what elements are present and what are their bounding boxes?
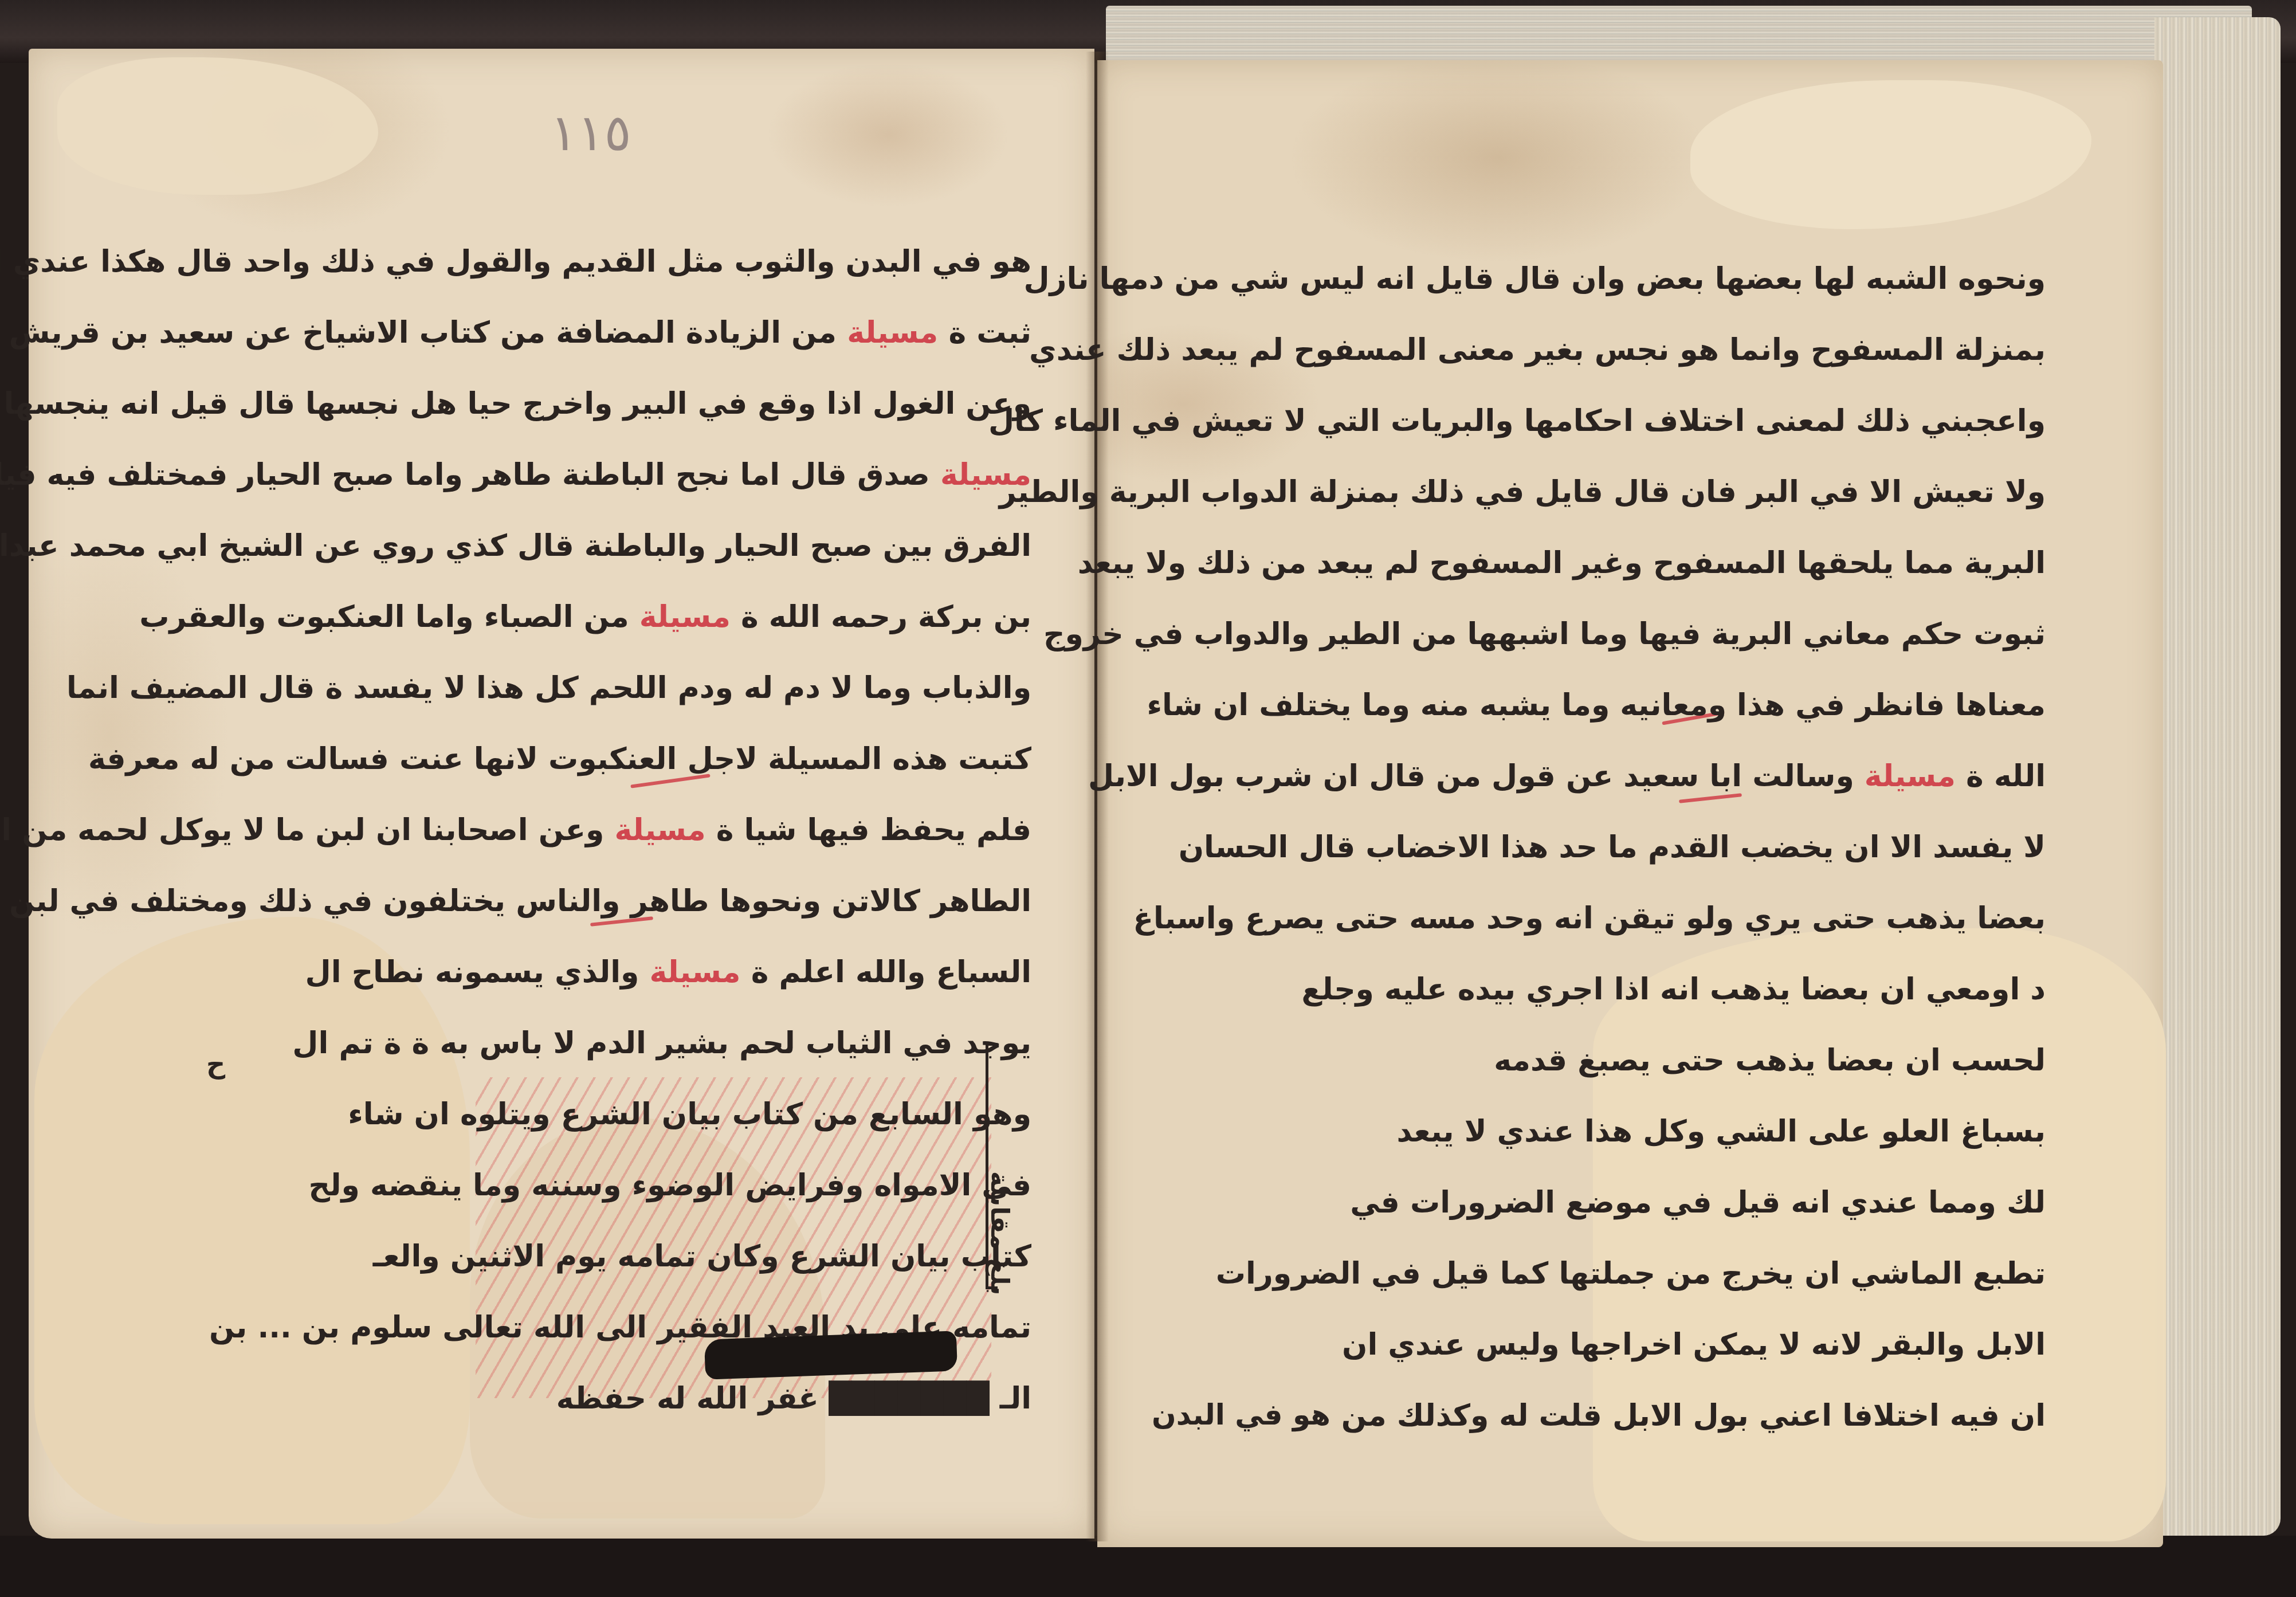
text-line: هو في البدن والثوب مثل القديم والقول في …	[229, 226, 1031, 297]
colophon-line: كتاب بيان الشرع وكان تمامه يوم الاثنين و…	[229, 1221, 1031, 1292]
rubric-heading: مسيلة	[847, 316, 938, 350]
text-line: ونحوه الشبه لها بعضها بعض وان قال قايل ا…	[1169, 244, 2046, 315]
text-line: د اومعي ان بعضا يذهب انه اذا اجري بيده ع…	[1169, 954, 2046, 1025]
text-line: الله ة مسيلة وسالت ابا سعيد عن قول من قا…	[1169, 741, 2046, 812]
rubric-heading: مسيلة	[639, 600, 731, 634]
text-line: الطاهر كالاتن ونحوها طاهر والناس يختلفون…	[229, 866, 1031, 937]
text-line: الفرق بين صبح الحيار والباطنة قال كذي رو…	[229, 511, 1031, 582]
text-line: لا يفسد الا ان يخضب القدم ما حد هذا الاخ…	[1169, 812, 2046, 883]
text-line: معناها فانظر في هذا ومعانيه وما يشبه منه…	[1169, 670, 2046, 741]
colophon-line: في الامواه وفرايض الوضوء وسننه وما ينقضه…	[229, 1150, 1031, 1221]
rubric-heading: مسيلة	[614, 813, 705, 847]
text-line: بعضا يذهب حتى يري ولو تيقن انه وحد مسه ح…	[1169, 883, 2046, 954]
catchword: هو في البدن	[1152, 1398, 1330, 1431]
colophon-line: وهو السابع من كتاب بيان الشرع ويتلوه ان …	[229, 1079, 1031, 1150]
text-line: فلم يحفظ فيها شيا ة مسيلة وعن اصحابنا ان…	[229, 795, 1031, 866]
text-line: ولا تعيش الا في البر فان قال قايل في ذلك…	[1169, 457, 2046, 528]
text-line: بن بركة رحمه الله ة مسيلة من الصباء واما…	[229, 582, 1031, 653]
margin-note: ح	[206, 1049, 225, 1080]
right-page-text: ونحوه الشبه لها بعضها بعض وان قال قايل ا…	[1169, 244, 2046, 1451]
text-line: بمنزلة المسفوح وانما هو نجس بغير معنى ال…	[1169, 315, 2046, 386]
rubric-heading: مسيلة	[1865, 759, 1956, 794]
text-line: بسباغ العلو على الشي وكل هذا عندي لا يبع…	[1169, 1096, 2046, 1167]
text-line: الابل والبقر لانه لا يمكن اخراجها وليس ع…	[1169, 1309, 2046, 1380]
text-line: وعن الغول اذا وقع في البير واخرج حيا هل …	[229, 368, 1031, 440]
text-line: يوجد في الثياب لحم بشير الدم لا باس به ة…	[229, 1008, 1031, 1079]
text-line: السباع والله اعلم ة مسيلة والذي يسمونه ن…	[229, 937, 1031, 1008]
text-line: والذباب وما لا دم له ودم اللحم كل هذا لا…	[229, 653, 1031, 724]
text-line: ثبوت حكم معاني البرية فيها وما اشبهها من…	[1169, 599, 2046, 670]
page-block-fore-edge	[2154, 17, 2281, 1536]
text-line: واعجبني ذلك لمعنى اختلاف احكامها والبريا…	[1169, 386, 2046, 457]
margin-note-vertical: بلغ مقابلة	[968, 1031, 1014, 1295]
rubric-heading: مسيلة	[649, 955, 740, 990]
colophon-line: الـ ███████ غفر الله له حفظه	[229, 1363, 1031, 1434]
folio-number: ١١٥	[550, 103, 631, 162]
text-line: البرية مما يلحقها المسفوح وغير المسفوح ل…	[1169, 528, 2046, 599]
text-line: مسيلة صدق قال اما نجح الباطنة طاهر واما …	[229, 440, 1031, 511]
text-line: لحسب ان بعضا يذهب حتى يصبغ قدمه	[1169, 1025, 2046, 1096]
text-line: لك ومما عندي انه قيل في موضع الضرورات في	[1169, 1167, 2046, 1238]
text-line: ثبت ة مسيلة من الزيادة المضافة من كتاب ا…	[229, 297, 1031, 368]
text-line: تطبع الماشي ان يخرج من جملتها كما قيل في…	[1169, 1238, 2046, 1309]
text-line: كتبت هذه المسيلة لاجل العنكبوت لانها عنت…	[229, 724, 1031, 795]
left-page-text: هو في البدن والثوب مثل القديم والقول في …	[229, 226, 1031, 1434]
